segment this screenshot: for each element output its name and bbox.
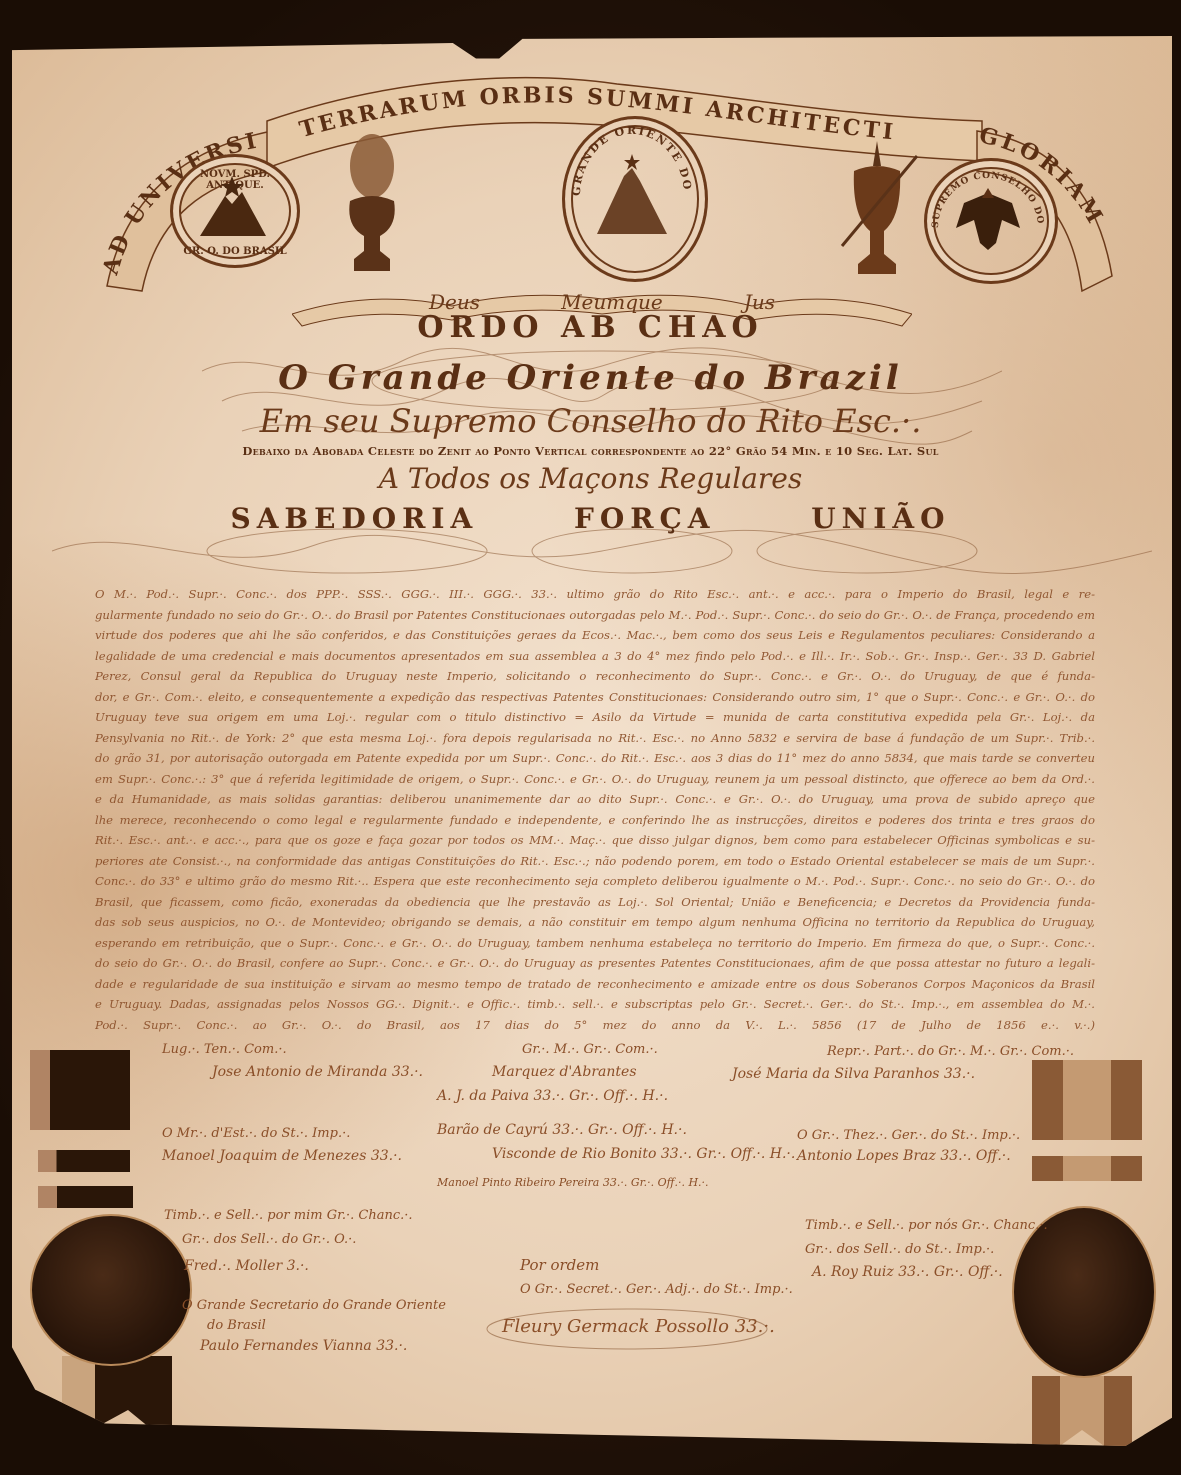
ribbon-left-top xyxy=(30,1050,130,1130)
virtue-forca: FORÇA xyxy=(574,502,716,535)
sig-chanc-left-name: Fred.·. Moller 3.·. xyxy=(184,1258,309,1274)
body-line: Conc.·. do 33° e ultimo grão do mesmo Ri… xyxy=(95,871,1095,892)
sig-manoel-pinto: Manoel Pinto Ribeiro Pereira 33.·. Gr.·.… xyxy=(437,1176,709,1189)
chalice-sword-icon xyxy=(832,136,922,290)
sig-chanc-right-name: A. Roy Ruiz 33.·. Gr.·. Off.·. xyxy=(812,1264,1003,1280)
ribbon-right-mid xyxy=(1032,1156,1142,1181)
seal-right-supremo-conselho: SUPREMO CONSELHO DO GRAO 33 DO BRASIL xyxy=(924,158,1058,284)
body-line: lhe merece, reconhecendo o como legal e … xyxy=(95,810,1095,831)
double-eagle-icon: SUPREMO CONSELHO DO GRAO 33 DO BRASIL xyxy=(924,158,1052,278)
seal-left: NOVM. SPD. ANTIQUE. GR. O. DO BRASIL xyxy=(170,154,300,268)
sig-gr-m-name: Marquez d'Abrantes xyxy=(492,1064,637,1080)
virtue-uniao: UNIÃO xyxy=(811,502,950,535)
patent-body-text: O M.·. Pod.·. Supr.·. Conc.·. dos PPP.·.… xyxy=(95,584,1095,1035)
seal-center-ring: GRANDE ORIENTE DO BRAZIL xyxy=(562,116,702,276)
title-ordo-ab-chao: ORDO AB CHAO xyxy=(0,310,1181,345)
sig-por-ordem-label1: Por ordem xyxy=(520,1256,599,1274)
sig-min-est-name: Manoel Joaquim de Menezes 33.·. xyxy=(162,1148,402,1164)
virtues-line: SABEDORIA FORÇA UNIÃO xyxy=(0,502,1181,535)
body-line: virtude dos poderes que ahi lhe são conf… xyxy=(95,625,1095,646)
sig-thesoureiro-label: O Gr.·. Thez.·. Ger.·. do St.·. Imp.·. xyxy=(797,1128,1020,1143)
body-line: O M.·. Pod.·. Supr.·. Conc.·. dos PPP.·.… xyxy=(95,584,1095,605)
sig-baron: Barão de Cayrú 33.·. Gr.·. Off.·. H.·. xyxy=(437,1122,687,1138)
sig-lug-ten-label: Lug.·. Ten.·. Com.·. xyxy=(162,1042,287,1057)
title-supremo-conselho: Em seu Supremo Conselho do Rito Esc.·. xyxy=(0,402,1181,440)
body-line: dor, e Gr.·. Com.·. eleito, e consequent… xyxy=(95,687,1095,708)
sig-visconde: Visconde de Rio Bonito 33.·. Gr.·. Off.·… xyxy=(492,1146,795,1162)
sig-repr-part-name: José Maria da Silva Paranhos 33.·. xyxy=(732,1066,975,1082)
body-line: e Uruguay. Dadas, assignadas pelos Nosso… xyxy=(95,994,1095,1015)
body-line: gularmente fundado no seio do Gr.·. O.·.… xyxy=(95,605,1095,626)
title-todos-macons: A Todos os Maçons Regulares xyxy=(0,462,1181,495)
sig-chanc-left-label2: Gr.·. dos Sell.·. do Gr.·. O.·. xyxy=(182,1232,356,1247)
ribbon-left-mid xyxy=(38,1150,130,1172)
sig-thesoureiro-name: Antonio Lopes Braz 33.·. Off.·. xyxy=(797,1148,1011,1164)
body-line: legalidade de uma credencial e mais docu… xyxy=(95,646,1095,667)
sig-gr-m-label: Gr.·. M.·. Gr.·. Com.·. xyxy=(522,1042,658,1057)
body-line: Uruguay teve sua origem em uma Loj.·. re… xyxy=(95,707,1095,728)
body-line: em Supr.·. Conc.·.: 3° que á referida le… xyxy=(95,769,1095,790)
sig-por-ordem-label2: O Gr.·. Secret.·. Ger.·. Adj.·. do St.·.… xyxy=(520,1282,793,1297)
body-line: Pod.·. Supr.·. Conc.·. ao Gr.·. O.·. do … xyxy=(95,1015,1095,1036)
subtitle-debaixo: Debaixo da Abobada Celeste do Zenit ao P… xyxy=(0,444,1181,458)
body-line: dade e regularidade de sua instituição e… xyxy=(95,974,1095,995)
parchment-document: AD UNIVERSI TERRARUM ORBIS SUMMI ARCHITE… xyxy=(12,36,1172,1446)
ribbon-right-top xyxy=(1032,1060,1142,1140)
seal-left-bottom-text: GR. O. DO BRASIL xyxy=(173,246,297,257)
body-line: periores ate Consist.·., na conformidade… xyxy=(95,851,1095,872)
virtue-sabedoria: SABEDORIA xyxy=(230,502,478,535)
sig-grande-secretario-name: Paulo Fernandes Vianna 33.·. xyxy=(200,1338,407,1354)
signature-flourish-icon xyxy=(482,1304,772,1354)
sig-paiva: A. J. da Paiva 33.·. Gr.·. Off.·. H.·. xyxy=(437,1088,668,1104)
body-line: do seio do Gr.·. O.·. do Brasil, confere… xyxy=(95,953,1095,974)
body-line: Pensylvania no Rit.·. de York: 2° que es… xyxy=(95,728,1095,749)
sig-lug-ten-name: Jose Antonio de Miranda 33.·. xyxy=(212,1064,423,1080)
sig-grande-secretario-label1: O Grande Secretario do Grande Oriente xyxy=(182,1298,446,1313)
body-line: das sob seus auspicios, no O.·. de Monte… xyxy=(95,912,1095,933)
wax-seal-left xyxy=(30,1214,192,1366)
sig-min-est-label: O Mr.·. d'Est.·. do St.·. Imp.·. xyxy=(162,1126,350,1141)
seal-center-grande-oriente: GRANDE ORIENTE DO BRAZIL xyxy=(562,116,708,282)
sig-chanc-right-label1: Timb.·. e Sell.·. por nós Gr.·. Chanc.·. xyxy=(805,1218,1048,1233)
title-grande-oriente: O Grande Oriente do Brazil xyxy=(0,358,1181,398)
body-line: esperando em retribuição, que o Supr.·. … xyxy=(95,933,1095,954)
sig-repr-part-label: Repr.·. Part.·. do Gr.·. M.·. Gr.·. Com.… xyxy=(827,1044,1074,1059)
sig-chanc-right-label2: Gr.·. dos Sell.·. do St.·. Imp.·. xyxy=(805,1242,994,1257)
sig-chanc-left-label1: Timb.·. e Sell.·. por mim Gr.·. Chanc.·. xyxy=(164,1208,413,1223)
flaming-urn-icon xyxy=(332,131,412,285)
sig-grande-secretario-label2: do Brasil xyxy=(207,1318,266,1333)
body-line: e da Humanidade, as mais solidas garanti… xyxy=(95,789,1095,810)
body-line: Rit.·. Esc.·. ant.·. e acc.·., para que … xyxy=(95,830,1095,851)
body-line: Perez, Consul geral da Republica do Urug… xyxy=(95,666,1095,687)
body-line: do grão 31, por autorisação outorgada em… xyxy=(95,748,1095,769)
body-line: Brasil, que ficassem, como ficão, exoner… xyxy=(95,892,1095,913)
ribbon-left-bottom xyxy=(38,1186,133,1208)
